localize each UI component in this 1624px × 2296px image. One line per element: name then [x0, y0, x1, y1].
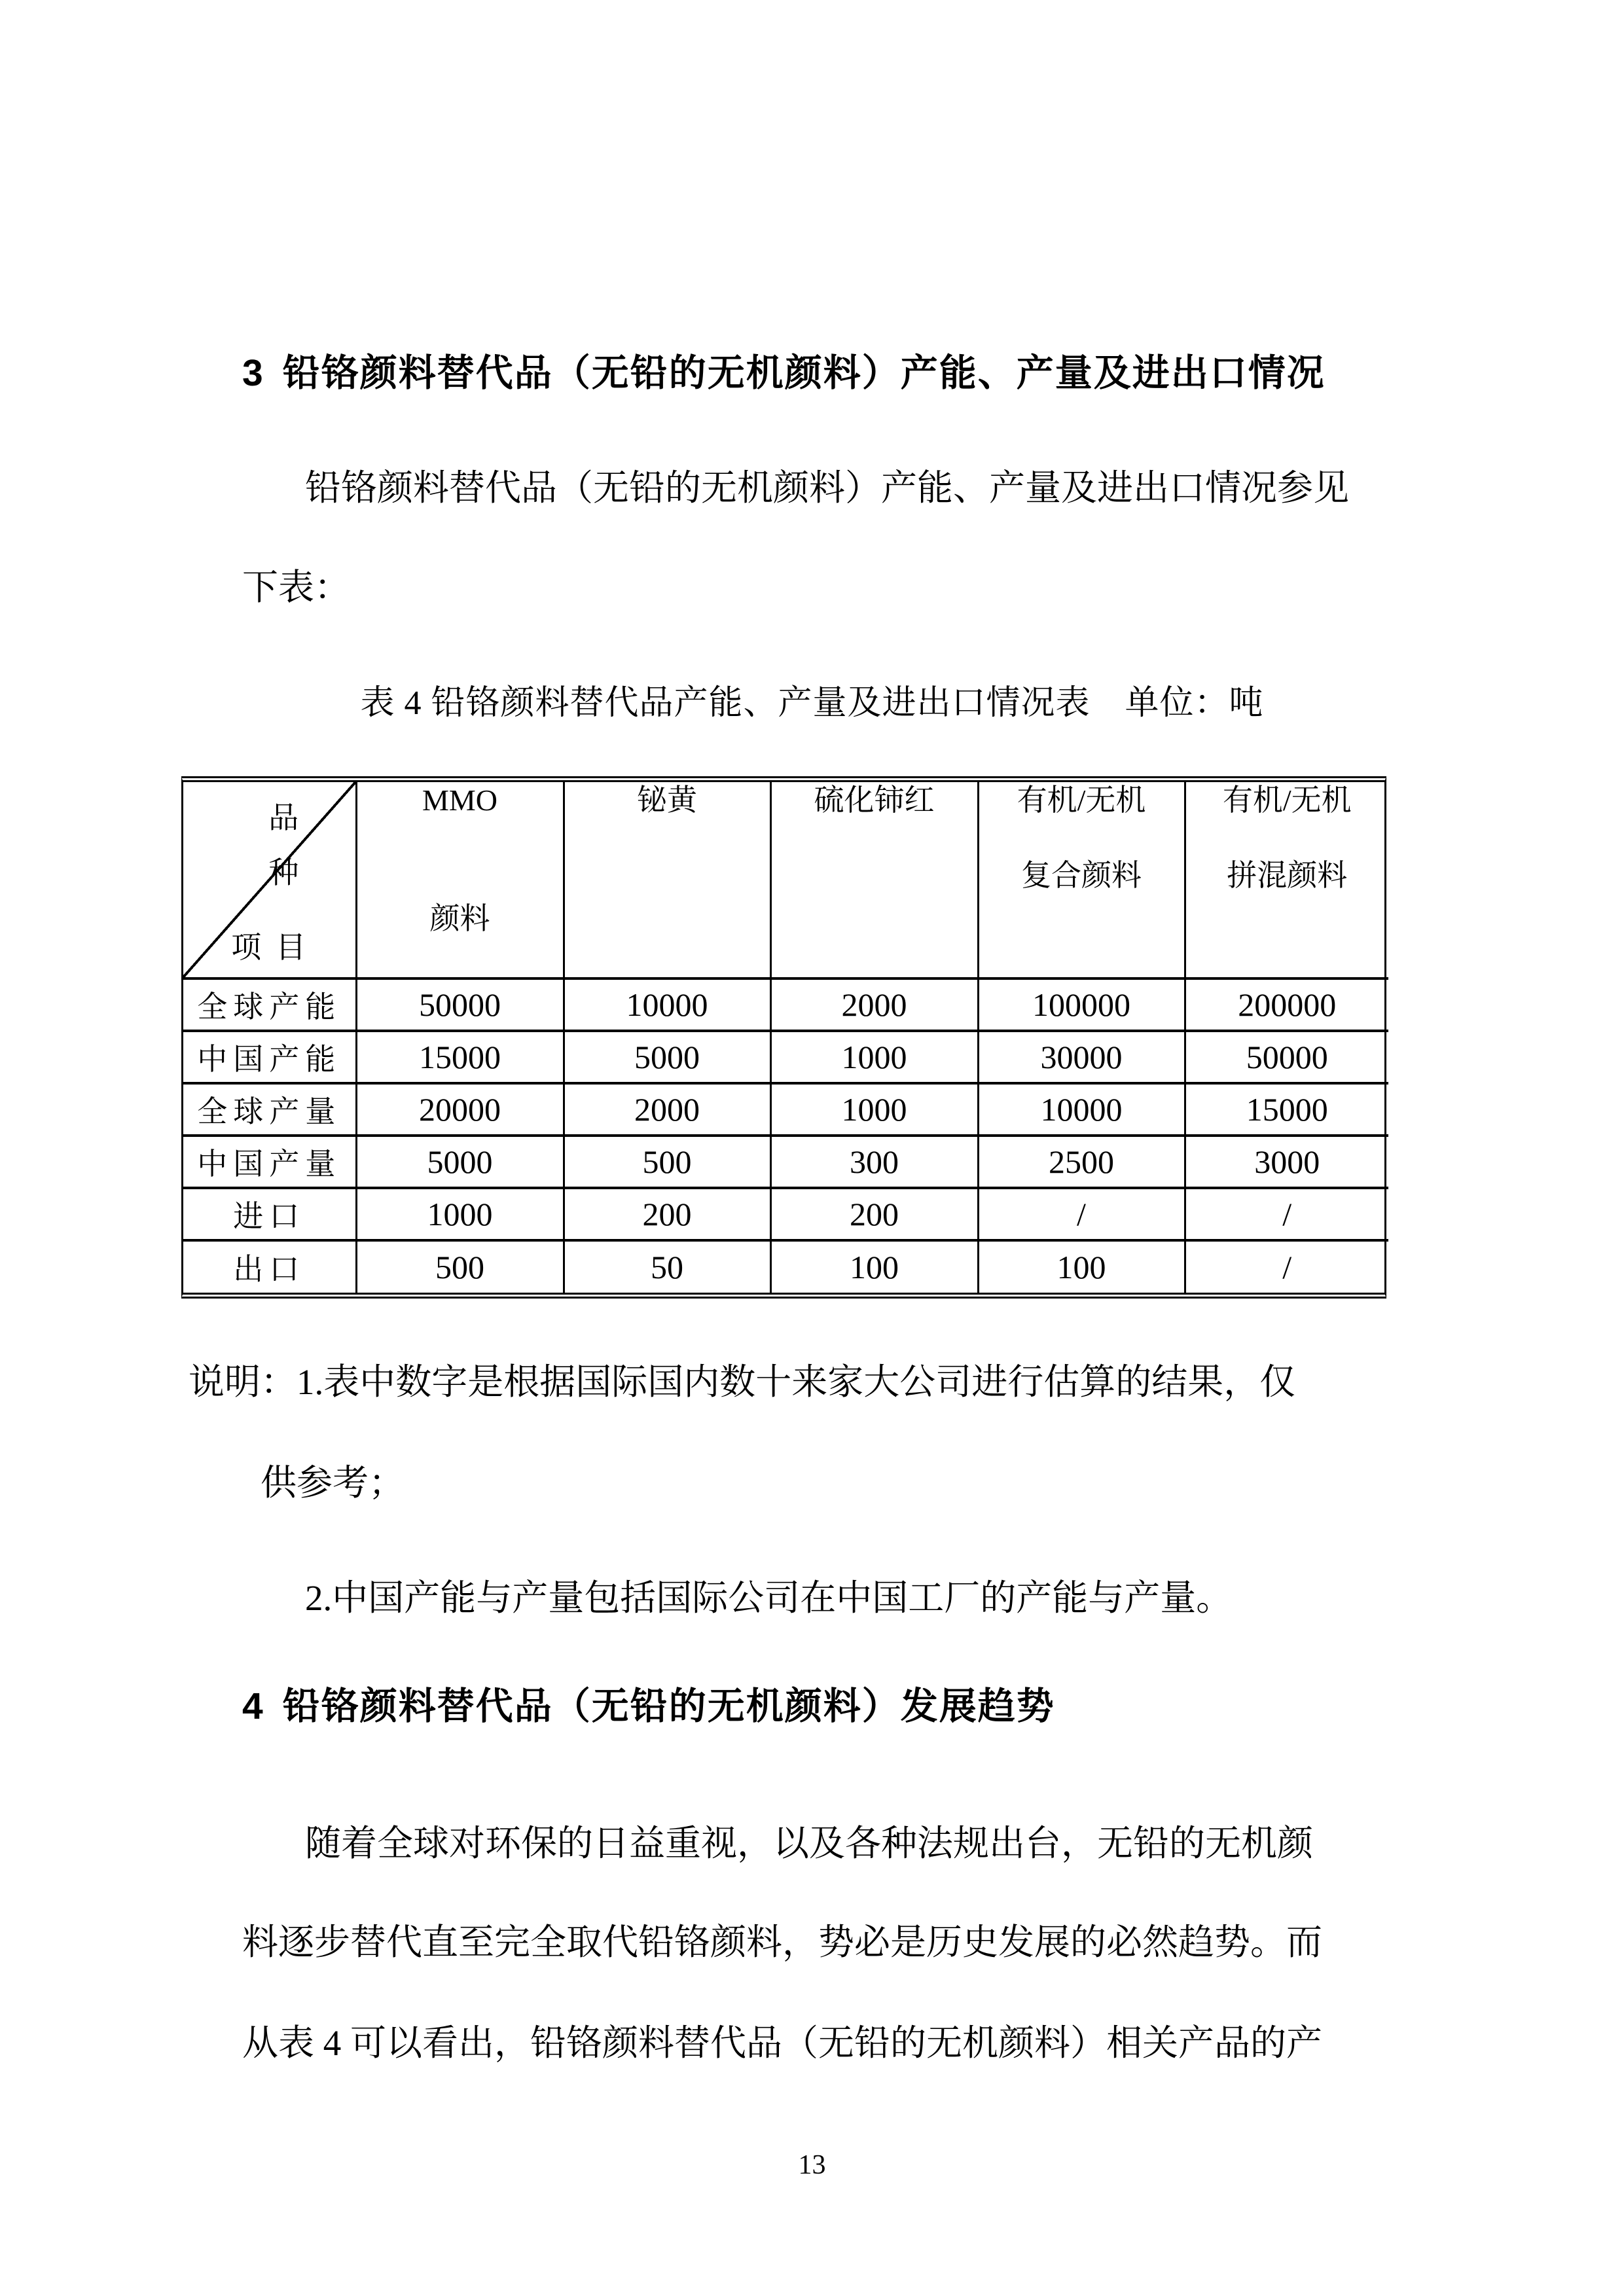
value-cell: 5000: [564, 1031, 770, 1083]
corner-label-project: 项目: [183, 924, 355, 967]
table-title: 表 4 铅铬颜料替代品产能、产量及进出口情况表 单位：吨: [0, 682, 1624, 725]
value-cell: 1000: [770, 1083, 978, 1136]
value-cell: 500: [356, 1240, 564, 1293]
section3-number: 3: [242, 352, 264, 394]
value-cell: 50: [564, 1240, 770, 1293]
table-header-row: 品 种 项目 MMO 颜料 铋黄 硫化铈红: [183, 782, 1388, 978]
row-label: 全球产量: [183, 1083, 356, 1136]
corner-label-zhong: 种: [183, 849, 355, 892]
column-header-line1: 有机/无机: [1017, 783, 1146, 817]
value-cell: /: [1185, 1240, 1388, 1293]
column-header-mmo: MMO 颜料: [356, 782, 564, 978]
column-header-line2: 复合颜料: [979, 857, 1184, 893]
value-cell: 50000: [1185, 1031, 1388, 1083]
intro-paragraph-line1: 铅铬颜料替代品（无铅的无机颜料）产能、产量及进出口情况参见: [305, 466, 1349, 511]
intro-paragraph-line2: 下表：: [242, 565, 350, 611]
corner-diagonal: 品 种 项目: [183, 782, 355, 977]
table-note-line3: 2.中国产能与产量包括国际公司在中国工厂的产能与产量。: [305, 1576, 1232, 1621]
column-header-line2: 拼混颜料: [1186, 857, 1389, 893]
table-note-line1: 说明：1.表中数字是根据国际国内数十来家大公司进行估算的结果，仅: [189, 1360, 1295, 1405]
value-cell: 100: [770, 1240, 978, 1293]
value-cell: 10000: [978, 1083, 1185, 1136]
pigment-table-wrapper: 品 种 项目 MMO 颜料 铋黄 硫化铈红: [181, 776, 1386, 1299]
value-cell: 100000: [978, 978, 1185, 1031]
column-header-line1: 有机/无机: [1223, 783, 1352, 817]
table-row: 全球产量 20000 2000 1000 10000 15000: [183, 1083, 1388, 1136]
value-cell: 200: [770, 1188, 978, 1240]
section4-title: 铅铬颜料替代品（无铅的无机颜料）发展趋势: [283, 1685, 1055, 1727]
row-label: 全球产能: [183, 978, 356, 1031]
value-cell: 20000: [356, 1083, 564, 1136]
column-header-cerium-sulfide-red: 硫化铈红: [770, 782, 978, 978]
column-header-line1: 硫化铈红: [814, 783, 935, 817]
column-header-line1: MMO: [422, 783, 497, 817]
value-cell: 100: [978, 1240, 1185, 1293]
table-row: 进口 1000 200 200 / /: [183, 1188, 1388, 1240]
value-cell: 300: [770, 1136, 978, 1188]
table-note-line2: 供参考；: [261, 1461, 405, 1506]
trend-paragraph-line2: 料逐步替代直至完全取代铅铬颜料，势必是历史发展的必然趋势。而: [242, 1920, 1322, 1965]
value-cell: 50000: [356, 978, 564, 1031]
trend-paragraph-line3: 从表 4 可以看出，铅铬颜料替代品（无铅的无机颜料）相关产品的产: [242, 2021, 1322, 2066]
section3-heading: 3铅铬颜料替代品（无铅的无机颜料）产能、产量及进出口情况: [242, 350, 1326, 397]
value-cell: 15000: [356, 1031, 564, 1083]
trend-paragraph-line1: 随着全球对环保的日益重视，以及各种法规出台，无铅的无机颜: [305, 1821, 1313, 1867]
table-row: 出口 500 50 100 100 /: [183, 1240, 1388, 1293]
value-cell: 10000: [564, 978, 770, 1031]
document-page: 3铅铬颜料替代品（无铅的无机颜料）产能、产量及进出口情况 铅铬颜料替代品（无铅的…: [0, 0, 1624, 2296]
column-header-bismuth-yellow: 铋黄: [564, 782, 770, 978]
table-row: 全球产能 50000 10000 2000 100000 200000: [183, 978, 1388, 1031]
value-cell: 5000: [356, 1136, 564, 1188]
row-label: 中国产量: [183, 1136, 356, 1188]
page-number: 13: [0, 2148, 1624, 2183]
row-label: 中国产能: [183, 1031, 356, 1083]
table-row: 中国产量 5000 500 300 2500 3000: [183, 1136, 1388, 1188]
corner-cell: 品 种 项目: [183, 782, 356, 978]
column-header-blend-pigment: 有机/无机 拼混颜料: [1185, 782, 1388, 978]
value-cell: 200000: [1185, 978, 1388, 1031]
section4-heading: 4铅铬颜料替代品（无铅的无机颜料）发展趋势: [242, 1683, 1055, 1730]
section3-title: 铅铬颜料替代品（无铅的无机颜料）产能、产量及进出口情况: [283, 352, 1326, 394]
value-cell: 15000: [1185, 1083, 1388, 1136]
section4-number: 4: [242, 1685, 264, 1727]
row-label: 出口: [183, 1240, 356, 1293]
column-header-line2: 颜料: [357, 901, 563, 937]
value-cell: 2500: [978, 1136, 1185, 1188]
table-row: 中国产能 15000 5000 1000 30000 50000: [183, 1031, 1388, 1083]
value-cell: 2000: [564, 1083, 770, 1136]
column-header-composite-pigment: 有机/无机 复合颜料: [978, 782, 1185, 978]
value-cell: /: [1185, 1188, 1388, 1240]
value-cell: 1000: [770, 1031, 978, 1083]
pigment-table: 品 种 项目 MMO 颜料 铋黄 硫化铈红: [183, 782, 1388, 1293]
value-cell: 2000: [770, 978, 978, 1031]
corner-label-pin: 品: [183, 794, 355, 837]
value-cell: /: [978, 1188, 1185, 1240]
row-label: 进口: [183, 1188, 356, 1240]
value-cell: 30000: [978, 1031, 1185, 1083]
column-header-line1: 铋黄: [637, 783, 697, 817]
value-cell: 1000: [356, 1188, 564, 1240]
value-cell: 3000: [1185, 1136, 1388, 1188]
value-cell: 200: [564, 1188, 770, 1240]
value-cell: 500: [564, 1136, 770, 1188]
